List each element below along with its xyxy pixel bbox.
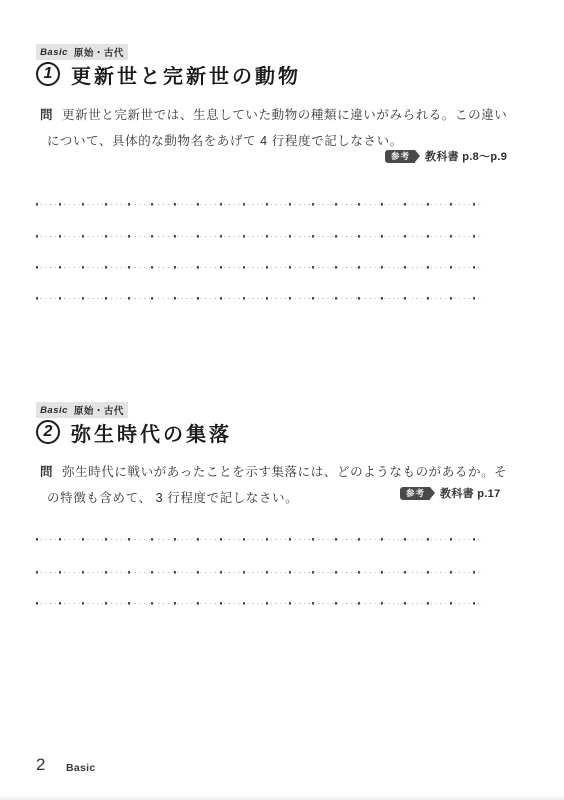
question-marker: 問 [40, 462, 54, 480]
reference-row: 参考 教科書 p.17 [400, 486, 500, 500]
answer-line [36, 266, 483, 269]
category-level: Basic [40, 405, 68, 416]
question-text-line: について、具体的な動物名をあげて 4 行程度で記しなさい。 [47, 131, 403, 149]
answer-line [36, 602, 483, 605]
reference-badge: 参考 [400, 487, 430, 500]
answer-line [36, 297, 483, 300]
category-era: 原始・古代 [74, 45, 124, 59]
category-label: Basic 原始・古代 [36, 44, 128, 60]
category-era: 原始・古代 [74, 403, 124, 417]
reference-text: 教科書 p.17 [440, 485, 500, 501]
page-number: 2 [36, 755, 45, 775]
answer-line [36, 538, 483, 541]
question-text-line: 弥生時代に戦いがあったことを示す集落には、どのようなものがあるか。そ [62, 462, 507, 480]
question-marker: 問 [40, 105, 54, 123]
footer-level-label: Basic [66, 762, 96, 774]
reference-badge: 参考 [385, 150, 415, 163]
section-number-circle: 2 [36, 420, 60, 444]
category-label: Basic 原始・古代 [36, 402, 128, 418]
section-heading: 1 更新世と完新世の動物 [36, 60, 301, 88]
answer-line [36, 203, 483, 206]
section-heading: 2 弥生時代の集落 [36, 418, 232, 446]
reference-row: 参考 教科書 p.8～p.9 [385, 149, 507, 163]
question-text-line: の特徴も含めて、 3 行程度で記しなさい。 [47, 488, 298, 506]
section-number-circle: 1 [36, 62, 60, 86]
category-level: Basic [40, 47, 68, 58]
section-title: 弥生時代の集落 [71, 418, 232, 447]
workbook-page: Basic 原始・古代 1 更新世と完新世の動物 問 更新世と完新世では、生息し… [0, 0, 564, 800]
page-bottom-edge [0, 794, 564, 800]
section-title: 更新世と完新世の動物 [71, 60, 301, 89]
question-text-line: 更新世と完新世では、生息していた動物の種類に違いがみられる。この違い [62, 105, 507, 123]
reference-text: 教科書 p.8～p.9 [425, 148, 507, 164]
answer-line [36, 571, 483, 574]
answer-line [36, 235, 483, 238]
